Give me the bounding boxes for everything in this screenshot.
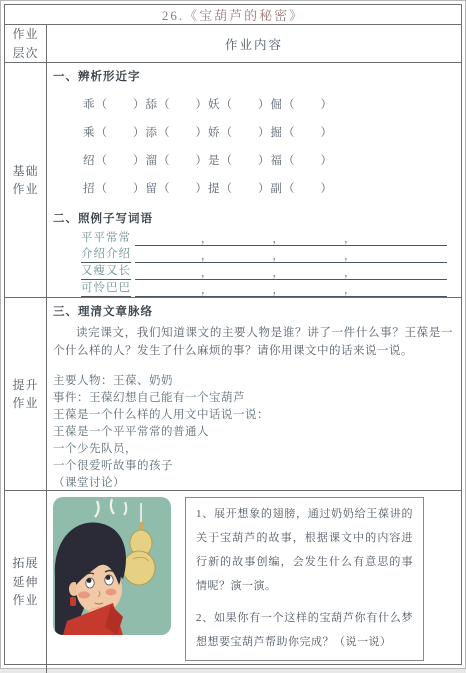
section2-title: 二、照例子写词语 <box>53 209 453 229</box>
answer-line: 一个少先队员， <box>53 441 453 458</box>
page-title: 26.《宝葫芦的秘密》 <box>162 5 304 24</box>
fill-in-blank-line: ， ， ， <box>135 230 447 246</box>
improve-content-cell: 三、理清文章脉络 读完课文，我们知道课文的主要人物是谁？讲了一件什么事？王葆是一… <box>47 298 461 490</box>
example-word: 又瘦又长 <box>81 264 131 280</box>
word-pattern-line: 又瘦又长 ， ， ， <box>81 263 453 280</box>
header-level-cell: 作业 层次 <box>5 25 47 62</box>
boy-gourd-illustration <box>53 497 171 635</box>
extension-tasks-box: 1、展开想象的翅膀，通过奶奶给王葆讲的关于宝葫芦的故事，根据课文中的内容进行新的… <box>185 497 424 661</box>
example-word: 介绍介绍 <box>81 247 131 263</box>
reading-prompt: 读完课文，我们知道课文的主要人物是谁？讲了一件什么事？王葆是一个什么样的人？发生… <box>53 324 453 360</box>
answer-line: 王葆是一个什么样的人用文中话说一说： <box>53 407 453 424</box>
answer-line: 主要人物：王葆、奶奶 <box>53 373 453 390</box>
word-pattern-line: 可怜巴巴 ， ， ， <box>81 280 453 297</box>
answer-line: 王葆是一个平平常常的普通人 <box>53 424 453 441</box>
example-word: 可怜巴巴 <box>81 281 131 297</box>
improve-homework-row: 提升 作业 三、理清文章脉络 读完课文，我们知道课文的主要人物是谁？讲了一件什么… <box>5 298 461 491</box>
section3-title: 三、理清文章脉络 <box>53 302 453 322</box>
char-exercise-row: 乘（ ）添（ ）娇（ ）掘（ ） <box>83 124 453 143</box>
fill-in-blank-line: ， ， ， <box>135 247 447 263</box>
improve-level-label: 提升 作业 <box>5 298 47 490</box>
title-row: 26.《宝葫芦的秘密》 <box>5 5 461 25</box>
example-word: 平平常常 <box>81 231 131 246</box>
boy-thinking-about-gourd-icon <box>53 497 171 635</box>
char-exercise-row: 绍（ ）溜（ ）是（ ）福（ ） <box>83 152 453 171</box>
basic-level-label: 基础 作业 <box>5 63 47 297</box>
fill-in-blank-line: ， ， ， <box>135 281 447 297</box>
fill-in-blank-line: ， ， ， <box>135 264 447 280</box>
task-item-2: 2、如果你有一个这样的宝葫芦你有什么梦想想要宝葫芦帮助你完成？（说一说） <box>196 606 413 654</box>
answer-line: （课堂讨论） <box>53 475 453 492</box>
worksheet-page: 26.《宝葫芦的秘密》 作业 层次 作业内容 基础 作业 一、辨析形近字 乖（ … <box>0 0 466 669</box>
basic-homework-row: 基础 作业 一、辨析形近字 乖（ ）舔（ ）妖（ ）倔（ ） 乘（ ）添（ ）娇… <box>5 63 461 298</box>
answer-line: 事件：王葆幻想自己能有一个宝葫芦 <box>53 390 453 407</box>
task-item-1: 1、展开想象的翅膀，通过奶奶给王葆讲的关于宝葫芦的故事，根据课文中的内容进行新的… <box>196 502 413 598</box>
word-pattern-line: 介绍介绍 ， ， ， <box>81 246 453 263</box>
word-pattern-line: 平平常常 ， ， ， <box>81 229 453 246</box>
section1-title: 一、辨析形近字 <box>53 67 453 87</box>
extend-level-label: 拓展 延伸 作业 <box>5 491 47 673</box>
extend-homework-row: 拓展 延伸 作业 <box>5 491 461 673</box>
header-row: 作业 层次 作业内容 <box>5 25 461 63</box>
extend-content-cell: 1、展开想象的翅膀，通过奶奶给王葆讲的关于宝葫芦的故事，根据课文中的内容进行新的… <box>47 491 461 673</box>
char-exercise-row: 招（ ）留（ ）提（ ）副（ ） <box>83 180 453 199</box>
answers-block: 主要人物：王葆、奶奶 事件：王葆幻想自己能有一个宝葫芦 王葆是一个什么样的人用文… <box>53 373 453 492</box>
worksheet-table: 26.《宝葫芦的秘密》 作业 层次 作业内容 基础 作业 一、辨析形近字 乖（ … <box>4 4 462 665</box>
illustration-frame <box>51 495 177 641</box>
char-exercise-row: 乖（ ）舔（ ）妖（ ）倔（ ） <box>83 96 453 115</box>
answer-line: 一个很爱听故事的孩子 <box>53 458 453 475</box>
basic-content-cell: 一、辨析形近字 乖（ ）舔（ ）妖（ ）倔（ ） 乘（ ）添（ ）娇（ ）掘（ … <box>47 63 461 297</box>
header-content-cell: 作业内容 <box>47 25 461 62</box>
